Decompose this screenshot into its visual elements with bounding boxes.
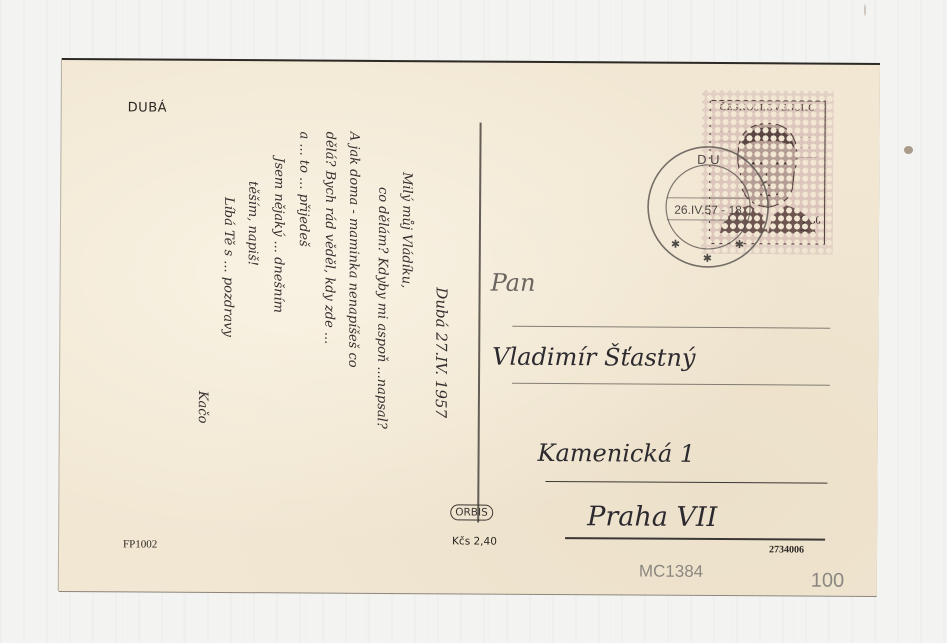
message-line: Jsem nějaký ... dnešním — [270, 157, 286, 313]
address-line-3 — [545, 481, 827, 484]
svg-text:✱: ✱ — [703, 253, 712, 265]
message-line: dělá? Bych rád věděl, kdy zde ... — [321, 132, 337, 345]
stamp-value-integer: 1 — [798, 210, 810, 237]
price-label: Kčs 2,40 — [452, 535, 497, 547]
message-line: Milý můj Vládíku, — [399, 172, 415, 288]
message-line: co dělám? Kdyby mi aspoň ...napsal? — [374, 187, 390, 429]
message-place-date: Dubá 27.IV. 1957 — [432, 287, 451, 418]
scan-dust-speck — [904, 146, 913, 154]
address-line-4 — [565, 537, 825, 541]
place-title: DUBÁ — [128, 100, 167, 115]
address-name: Vladimír Šťastný — [492, 343, 695, 372]
message-line: a ... to ... přijedeš — [296, 131, 312, 246]
serial-number: 2734006 — [769, 544, 804, 555]
message-line: těším, napiš! — [245, 181, 261, 266]
publisher-logo: ORBIS — [450, 504, 493, 520]
postmark-town: D U — [697, 152, 719, 167]
postcard: DUBÁ FP1002 ORBIS Kčs 2,40 Milý můj Vlád… — [59, 58, 880, 596]
address-city: Praha VII — [587, 501, 717, 533]
pencil-catalog-number: MC1384 — [639, 562, 703, 582]
svg-text:✱: ✱ — [671, 239, 680, 251]
message-block: Milý můj Vládíku, co dělám? Kdyby mi asp… — [62, 60, 880, 65]
message-signature: Kačo — [195, 391, 210, 424]
scan-dust-speck — [864, 4, 866, 16]
message-line: Líbá Tě s ... pozdravy — [220, 197, 236, 337]
pencil-price-note: 100 — [811, 570, 845, 593]
address-salutation: Pan — [491, 269, 536, 297]
stamp-value-decimal: 50 — [810, 215, 821, 227]
svg-text:✱: ✱ — [735, 239, 744, 251]
address-street: Kamenická 1 — [538, 439, 696, 468]
address-line-2 — [512, 383, 830, 386]
card-code: FP1002 — [123, 538, 157, 550]
postmark-date: 26.IV.57 - 18 — [674, 203, 742, 217]
postmark-icon: D U 26.IV.57 - 18 ✱ ✱ ✱ — [645, 144, 772, 271]
address-line-1 — [512, 326, 830, 329]
message-line: A jak doma - maminka nenapíšeš co — [345, 132, 361, 368]
center-divider-line — [477, 123, 481, 523]
